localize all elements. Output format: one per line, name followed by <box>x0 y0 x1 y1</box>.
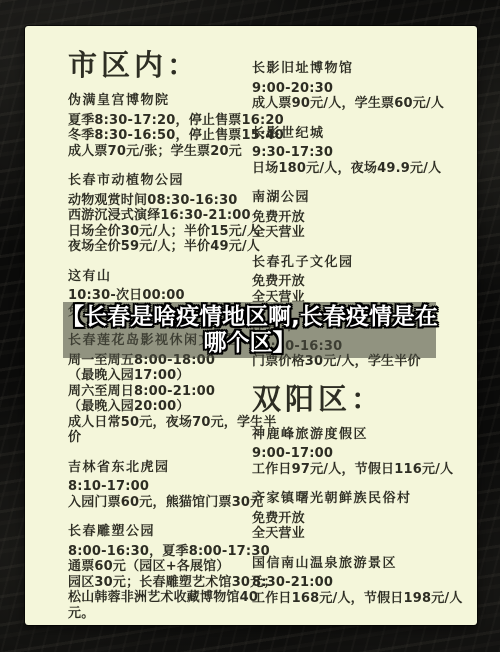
attraction-detail-line: 夏季8:30-17:20，停止售票16:20 <box>68 113 240 129</box>
attraction-block: 吉林省东北虎园8:10-17:00入园门票60元，熊猫馆门票30元 <box>68 460 240 511</box>
attraction-detail-line: 通票60元（园区+各展馆） <box>68 559 240 575</box>
attraction-title: 长春孔子文化园 <box>252 255 469 271</box>
caption-overlay-band: 【长春是啥疫情地区啊,长春疫情是在 哪个区】 <box>63 302 436 358</box>
attraction-block: 长影世纪城9:30-17:30日场180元/人，夜场49.9元/人 <box>252 126 469 177</box>
attraction-detail-line: 日场全价30元/人；半价15元/人 <box>68 224 240 240</box>
attraction-detail-line: 日场180元/人，夜场49.9元/人 <box>252 161 469 177</box>
attraction-detail-line: 9:00-20:30 <box>252 81 469 97</box>
attraction-title: 这有山 <box>68 269 240 285</box>
attraction-detail-line: 元。 <box>68 606 240 622</box>
attraction-title: 伪满皇宫博物院 <box>68 93 240 109</box>
attraction-detail-line: 成人票70元/张；学生票20元 <box>68 144 240 160</box>
attraction-detail-line: 免费开放 <box>252 210 469 226</box>
attraction-detail-line: 价 <box>68 430 240 446</box>
attraction-detail-line: 周六至周日8:00-21:00 <box>68 384 240 400</box>
attraction-block: 南湖公园免费开放全天营业 <box>252 190 469 241</box>
attraction-title: 南湖公园 <box>252 190 469 206</box>
attraction-detail-line: 动物观赏时间08:30-16:30 <box>68 193 240 209</box>
caption-text-line-2: 哪个区】 <box>204 330 296 356</box>
attraction-title: 齐家镇曙光朝鲜族民俗村 <box>252 491 469 507</box>
attraction-detail-line: 工作日97元/人，节假日116元/人 <box>252 462 469 478</box>
attraction-detail-line: 成人票90元/人，学生票60元/人 <box>252 96 469 112</box>
attraction-detail-line: 9:30-17:30 <box>252 145 469 161</box>
attraction-title: 长春雕塑公园 <box>68 524 240 540</box>
attraction-detail-line: 松山韩蓉非洲艺术收藏博物馆40 <box>68 590 240 606</box>
attraction-detail-line: 免费开放 <box>252 511 469 527</box>
attraction-detail-line: 免费开放 <box>252 274 469 290</box>
attraction-detail-line: 工作日168元/人，节假日198元/人 <box>252 591 469 607</box>
caption-text-line-1: 【长春是啥疫情地区啊,长春疫情是在 <box>61 304 438 330</box>
attraction-title: 长影世纪城 <box>252 126 469 142</box>
attraction-title: 吉林省东北虎园 <box>68 460 240 476</box>
attraction-detail-line: 西游沉浸式演绎16:30-21:00 <box>68 208 240 224</box>
attraction-block: 神鹿峰旅游度假区9:00-17:00工作日97元/人，节假日116元/人 <box>252 427 469 478</box>
attraction-block: 长春市动植物公园动物观赏时间08:30-16:30西游沉浸式演绎16:30-21… <box>68 173 240 255</box>
attraction-detail-line: 园区30元；长春雕塑艺术馆30元； <box>68 575 240 591</box>
district-heading: 市区内： <box>68 50 240 80</box>
attraction-detail-line: 8:10-17:00 <box>68 479 240 495</box>
attraction-block: 齐家镇曙光朝鲜族民俗村免费开放全天营业 <box>252 491 469 542</box>
attraction-block: 长影旧址博物馆9:00-20:30成人票90元/人，学生票60元/人 <box>252 61 469 112</box>
attraction-detail-line: 入园门票60元，熊猫馆门票30元 <box>68 495 240 511</box>
district-heading: 双阳区： <box>252 384 469 414</box>
attraction-detail-line: 8:00-16:30，夏季8:00-17:30 <box>68 544 240 560</box>
attraction-detail-line: 全天营业 <box>252 526 469 542</box>
attraction-block: 长春孔子文化园免费开放全天营业 <box>252 255 469 306</box>
attraction-block: 长春雕塑公园8:00-16:30，夏季8:00-17:30通票60元（园区+各展… <box>68 524 240 621</box>
attraction-detail-line: （最晚入园20:00） <box>68 399 240 415</box>
attraction-detail-line: 冬季8:30-16:50，停止售票15:40 <box>68 128 240 144</box>
attraction-detail-line: 成人日常50元，夜场70元，学生半 <box>68 415 240 431</box>
attraction-detail-line: 全天营业 <box>252 225 469 241</box>
attraction-title: 神鹿峰旅游度假区 <box>252 427 469 443</box>
attraction-block: 伪满皇宫博物院夏季8:30-17:20，停止售票16:20冬季8:30-16:5… <box>68 93 240 159</box>
attraction-block: 国信南山温泉旅游景区8:30-21:00工作日168元/人，节假日198元/人 <box>252 556 469 607</box>
attraction-title: 长春市动植物公园 <box>68 173 240 189</box>
attraction-title: 长影旧址博物馆 <box>252 61 469 77</box>
attraction-detail-line: 8:30-21:00 <box>252 575 469 591</box>
attraction-detail-line: （最晚入园17:00） <box>68 368 240 384</box>
attraction-detail-line: 9:00-17:00 <box>252 446 469 462</box>
attraction-title: 国信南山温泉旅游景区 <box>252 556 469 572</box>
attraction-detail-line: 夜场全价59元/人；半价49元/人 <box>68 239 240 255</box>
